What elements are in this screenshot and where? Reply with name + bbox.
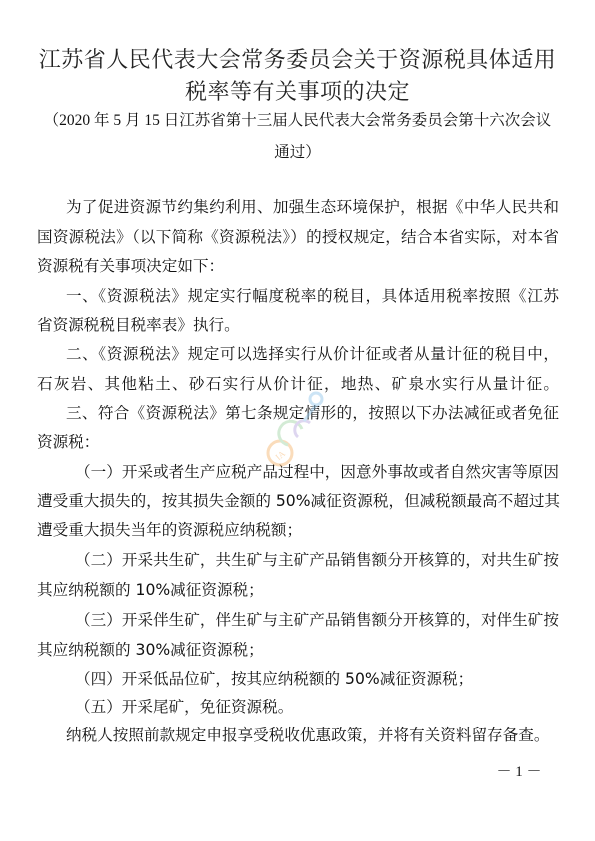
- body-line: 为了促进资源节约集约利用、加强生态环境保护，根据《中华人民共和: [66, 197, 559, 217]
- body-line: 二、《资源税法》规定可以选择实行从价计征或者从量计征的税目中，: [66, 344, 559, 364]
- watermark-logo-icon: IA: [258, 385, 328, 475]
- svg-text:IA: IA: [273, 448, 287, 462]
- adoption-note-line-2: 通过）: [0, 140, 595, 162]
- body-line: 遭受重大损失的，按其损失金额的 50%减征资源税，但减税额最高不超过其: [37, 491, 559, 511]
- document-title-line-2: 税率等有关事项的决定: [0, 75, 595, 106]
- document-page: 江苏省人民代表大会常务委员会关于资源税具体适用 税率等有关事项的决定 （2020…: [0, 0, 595, 841]
- adoption-note-line-1: （2020 年 5 月 15 日江苏省第十三届人民代表大会常务委员会第十六次会议: [0, 108, 595, 130]
- body-line: 省资源税税目税率表》执行。: [37, 315, 559, 335]
- body-line: 资源税有关事项决定如下：: [37, 256, 559, 276]
- body-line: 其应纳税额的 30%减征资源税；: [37, 640, 559, 660]
- page-number: － 1 －: [494, 760, 544, 781]
- body-line: （五）开采尾矿，免征资源税。: [75, 697, 559, 717]
- body-line: 一、《资源税法》规定实行幅度税率的税目，具体适用税率按照《江苏: [66, 286, 559, 306]
- body-line: （四）开采低品位矿，按其应纳税额的 50%减征资源税；: [75, 669, 559, 689]
- body-line: 国资源税法》（以下简称《资源税法》）的授权规定，结合本省实际，对本省: [37, 227, 559, 247]
- body-line: 纳税人按照前款规定申报享受税收优惠政策，并将有关资料留存备查。: [66, 725, 559, 745]
- body-line: 其应纳税额的 10%减征资源税；: [37, 580, 559, 600]
- body-line: （三）开采伴生矿，伴生矿与主矿产品销售额分开核算的，对伴生矿按: [75, 610, 559, 630]
- body-line: （二）开采共生矿，共生矿与主矿产品销售额分开核算的，对共生矿按: [75, 550, 559, 570]
- body-line: 遭受重大损失当年的资源税应纳税额；: [37, 520, 559, 540]
- document-title-line-1: 江苏省人民代表大会常务委员会关于资源税具体适用: [0, 43, 595, 74]
